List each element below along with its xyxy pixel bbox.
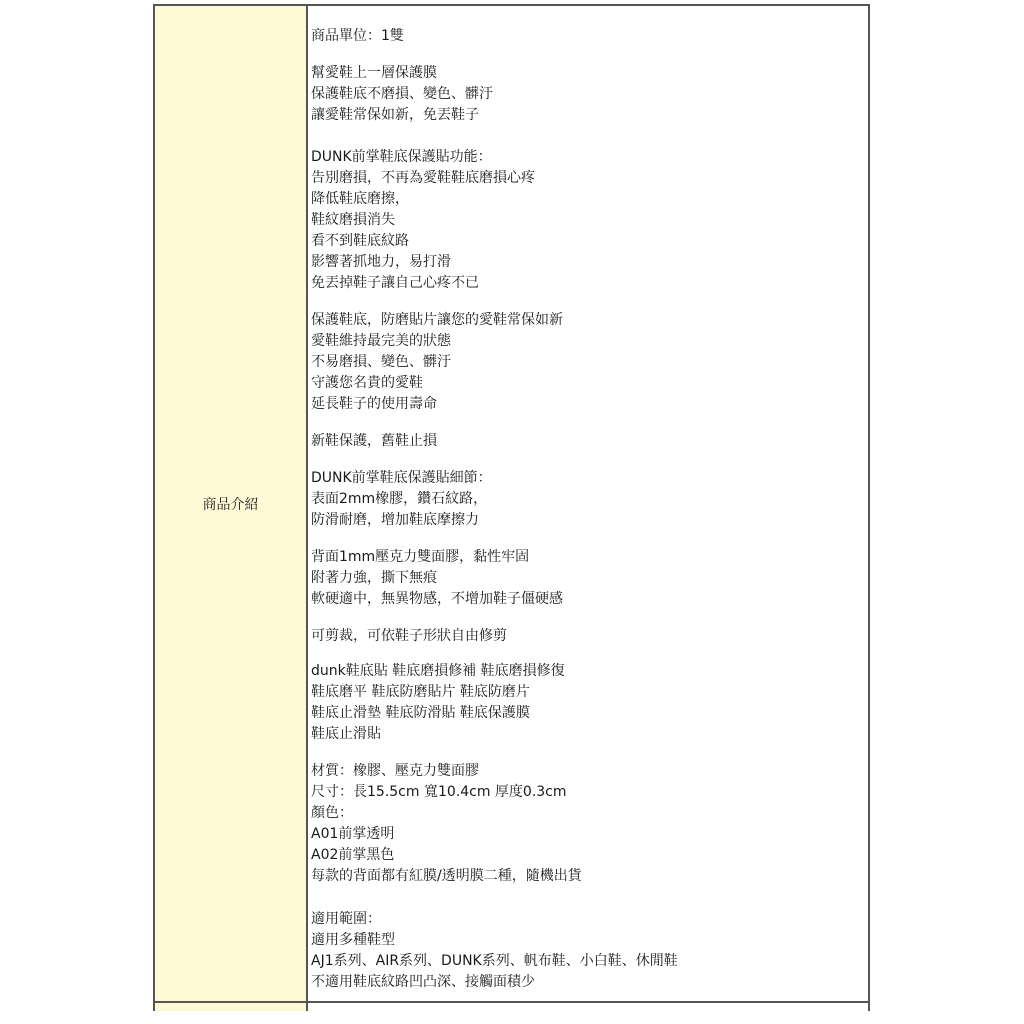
- text-line: DUNK前掌鞋底保護貼功能：: [311, 147, 868, 168]
- para-unit: 商品單位：1雙: [311, 26, 868, 47]
- text-line: 不適用鞋底紋路凹凸深、接觸面積少: [311, 972, 868, 993]
- text-line: 鞋底磨平 鞋底防磨貼片 鞋底防磨片: [311, 682, 868, 703]
- text-line: 告別磨損，不再為愛鞋鞋底磨損心疼: [311, 168, 868, 189]
- para-compatibility: 適用範圍： 適用多種鞋型 AJ1系列、AIR系列、DUNK系列、帆布鞋、小白鞋、…: [311, 909, 868, 993]
- para-details: DUNK前掌鞋底保護貼細節： 表面2mm橡膠，鑽石紋路， 防滑耐磨，增加鞋底摩擦…: [311, 468, 868, 531]
- para-benefits: 保護鞋底，防磨貼片讓您的愛鞋常保如新 愛鞋維持最完美的狀態 不易磨損、變色、髒汙…: [311, 310, 868, 415]
- text-line: 讓愛鞋常保如新，免丟鞋子: [311, 105, 868, 126]
- text-line: 守護您名貴的愛鞋: [311, 373, 868, 394]
- text-line: A01前掌透明: [311, 824, 868, 845]
- text-line: 鞋紋磨損消失: [311, 210, 868, 231]
- row-label: 商品介紹: [203, 497, 259, 513]
- text-line: 背面1mm壓克力雙面膠，黏性牢固: [311, 547, 868, 568]
- text-line: 鞋底止滑墊 鞋底防滑貼 鞋底保護膜: [311, 703, 868, 724]
- next-label-cell: [154, 1002, 307, 1011]
- text-line: 鞋底止滑貼: [311, 724, 868, 745]
- text-line: 降低鞋底磨擦，: [311, 189, 868, 210]
- text-line: 幫愛鞋上一層保護膜: [311, 63, 868, 84]
- blank-line: [311, 126, 868, 147]
- text-line: DUNK前掌鞋底保護貼細節：: [311, 468, 868, 489]
- text-line: 看不到鞋底紋路: [311, 231, 868, 252]
- text-line: A02前掌黑色: [311, 845, 868, 866]
- product-intro-row: 商品介紹 商品單位：1雙 幫愛鞋上一層保護膜 保護鞋底不磨損、變色、髒汙 讓愛鞋…: [154, 5, 869, 1002]
- text-line: 每款的背面都有紅膜/透明膜二種，隨機出貨: [311, 866, 868, 887]
- para-protect-intro: 幫愛鞋上一層保護膜 保護鞋底不磨損、變色、髒汙 讓愛鞋常保如新，免丟鞋子: [311, 63, 868, 147]
- para-specs: 材質：橡膠、壓克力雙面膠 尺寸：長15.5cm 寬10.4cm 厚度0.3cm …: [311, 761, 868, 887]
- text-line: 免丟掉鞋子讓自己心疼不已: [311, 273, 868, 294]
- para-adhesive: 背面1mm壓克力雙面膠，黏性牢固 附著力強，撕下無痕 軟硬適中，無異物感，不增加…: [311, 547, 868, 610]
- next-row-partial: [154, 1002, 869, 1011]
- para-keywords: dunk鞋底貼 鞋底磨損修補 鞋底磨損修復 鞋底磨平 鞋底防磨貼片 鞋底防磨片 …: [311, 661, 868, 745]
- text-line: 不易磨損、變色、髒汙: [311, 352, 868, 373]
- text-line: 延長鞋子的使用壽命: [311, 394, 868, 415]
- text-line: 尺寸：長15.5cm 寬10.4cm 厚度0.3cm: [311, 782, 868, 803]
- text-line: 新鞋保護，舊鞋止損: [311, 431, 868, 452]
- para-features: DUNK前掌鞋底保護貼功能： 告別磨損，不再為愛鞋鞋底磨損心疼 降低鞋底磨擦， …: [311, 147, 868, 294]
- para-slogan: 新鞋保護，舊鞋止損: [311, 431, 868, 452]
- text-line: 材質：橡膠、壓克力雙面膠: [311, 761, 868, 782]
- text-line: 保護鞋底不磨損、變色、髒汙: [311, 84, 868, 105]
- text-line: 保護鞋底，防磨貼片讓您的愛鞋常保如新: [311, 310, 868, 331]
- text-line: dunk鞋底貼 鞋底磨損修補 鞋底磨損修復: [311, 661, 868, 682]
- text-line: 顏色：: [311, 803, 868, 824]
- content-cell: 商品單位：1雙 幫愛鞋上一層保護膜 保護鞋底不磨損、變色、髒汙 讓愛鞋常保如新，…: [307, 5, 869, 1002]
- next-content-cell: [307, 1002, 869, 1011]
- text-line: 愛鞋維持最完美的狀態: [311, 331, 868, 352]
- text-line: 適用範圍：: [311, 909, 868, 930]
- para-cuttable: 可剪裁，可依鞋子形狀自由修剪: [311, 626, 868, 647]
- text-line: 可剪裁，可依鞋子形狀自由修剪: [311, 626, 868, 647]
- text-line: 表面2mm橡膠，鑽石紋路，: [311, 489, 868, 510]
- label-cell: 商品介紹: [154, 5, 307, 1002]
- product-spec-table: 商品介紹 商品單位：1雙 幫愛鞋上一層保護膜 保護鞋底不磨損、變色、髒汙 讓愛鞋…: [153, 4, 870, 1011]
- product-description: 商品單位：1雙 幫愛鞋上一層保護膜 保護鞋底不磨損、變色、髒汙 讓愛鞋常保如新，…: [311, 6, 868, 1001]
- text-line: 適用多種鞋型: [311, 930, 868, 951]
- text-line: 防滑耐磨，增加鞋底摩擦力: [311, 510, 868, 531]
- text-line: 影響著抓地力，易打滑: [311, 252, 868, 273]
- text-line: AJ1系列、AIR系列、DUNK系列、帆布鞋、小白鞋、休閒鞋: [311, 951, 868, 972]
- text-line: 商品單位：1雙: [311, 26, 868, 47]
- text-line: 軟硬適中，無異物感，不增加鞋子僵硬感: [311, 589, 868, 610]
- text-line: 附著力強，撕下無痕: [311, 568, 868, 589]
